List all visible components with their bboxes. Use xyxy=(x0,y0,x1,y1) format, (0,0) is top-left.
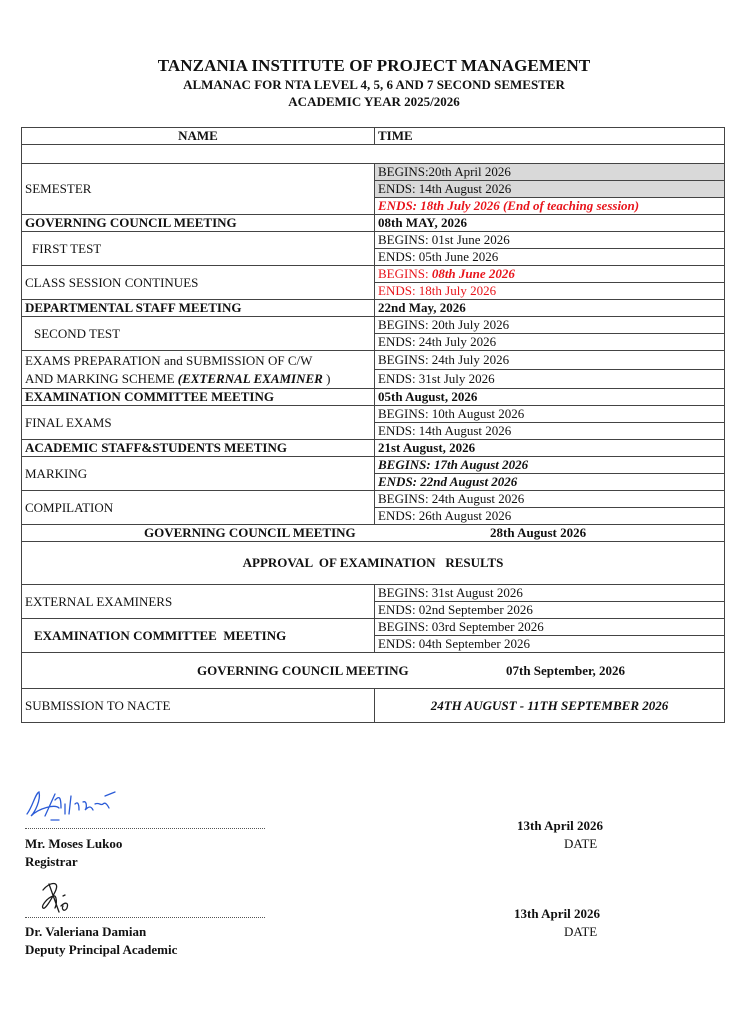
marking-ends: ENDS: 22nd August 2026 xyxy=(375,474,725,491)
external-examiners-begins: BEGINS: 31st August 2026 xyxy=(375,585,725,602)
almanac-subtitle: ALMANAC FOR NTA LEVEL 4, 5, 6 AND 7 SECO… xyxy=(0,77,748,93)
semester-label: SEMESTER xyxy=(22,164,375,215)
class-session-begins: BEGINS: 08th June 2026 xyxy=(375,266,725,283)
examination-committee-meeting-label: EXAMINATION COMMITTEE MEETING xyxy=(22,389,375,406)
table-row: GOVERNING COUNCIL MEETING 08th MAY, 2026 xyxy=(22,215,725,232)
governing-council-meeting-2: GOVERNING COUNCIL MEETING 28th August 20… xyxy=(22,525,725,542)
institution-title: TANZANIA INSTITUTE OF PROJECT MANAGEMENT xyxy=(0,56,748,76)
table-spacer-row xyxy=(22,145,725,164)
first-test-label: FIRST TEST xyxy=(22,232,375,266)
table-row: CLASS SESSION CONTINUES BEGINS: 08th Jun… xyxy=(22,266,725,283)
column-header-name: NAME xyxy=(22,128,375,145)
almanac-table: NAME TIME SEMESTER BEGINS:20th April 202… xyxy=(21,127,725,723)
academic-staff-meeting-date: 21st August, 2026 xyxy=(375,440,725,457)
registrar-title: Registrar xyxy=(25,853,78,871)
deputy-principal-title: Deputy Principal Academic xyxy=(25,941,177,959)
table-row: FIRST TEST BEGINS: 01st June 2026 xyxy=(22,232,725,249)
table-row: SUBMISSION TO NACTE 24TH AUGUST - 11TH S… xyxy=(22,689,725,723)
marking-begins: BEGINS: 17th August 2026 xyxy=(375,457,725,474)
governing-council-meeting-3: GOVERNING COUNCIL MEETING 07th September… xyxy=(22,653,725,689)
final-exams-begins: BEGINS: 10th August 2026 xyxy=(375,406,725,423)
exams-preparation-ends: ENDS: 31st July 2026 xyxy=(375,370,725,389)
governing-council-meeting-3-date: 07th September, 2026 xyxy=(506,663,625,679)
compilation-label: COMPILATION xyxy=(22,491,375,525)
table-row: EXAMINATION COMMITTEE MEETING BEGINS: 03… xyxy=(22,619,725,636)
first-test-begins: BEGINS: 01st June 2026 xyxy=(375,232,725,249)
external-examiners-ends: ENDS: 02nd September 2026 xyxy=(375,602,725,619)
deputy-principal-signature-line xyxy=(25,917,265,918)
exams-preparation-begins: BEGINS: 24th July 2026 xyxy=(375,351,725,370)
table-row: EXTERNAL EXAMINERS BEGINS: 31st August 2… xyxy=(22,585,725,602)
class-session-label: CLASS SESSION CONTINUES xyxy=(22,266,375,300)
registrar-signature-line xyxy=(25,828,265,829)
second-test-label: SECOND TEST xyxy=(22,317,375,351)
teaching-session-end: ENDS: 18th July 2026 (End of teaching se… xyxy=(375,198,725,215)
examination-committee-meeting-date: 05th August, 2026 xyxy=(375,389,725,406)
table-row: COMPILATION BEGINS: 24th August 2026 xyxy=(22,491,725,508)
marking-label: MARKING xyxy=(22,457,375,491)
examination-committee-meeting-2-ends: ENDS: 04th September 2026 xyxy=(375,636,725,653)
table-row: SECOND TEST BEGINS: 20th July 2026 xyxy=(22,317,725,334)
table-row: EXAMS PREPARATION and SUBMISSION OF C/W … xyxy=(22,351,725,370)
registrar-date-label: DATE xyxy=(564,836,597,852)
governing-council-meeting-2-label: GOVERNING COUNCIL MEETING xyxy=(144,525,356,541)
exams-preparation-label: EXAMS PREPARATION and SUBMISSION OF C/W … xyxy=(22,351,375,389)
table-row: APPROVAL OF EXAMINATION RESULTS xyxy=(22,542,725,585)
departmental-staff-meeting-label: DEPARTMENTAL STAFF MEETING xyxy=(22,300,375,317)
academic-staff-meeting-label: ACADEMIC STAFF&STUDENTS MEETING xyxy=(22,440,375,457)
governing-council-meeting-date: 08th MAY, 2026 xyxy=(375,215,725,232)
table-row: FINAL EXAMS BEGINS: 10th August 2026 xyxy=(22,406,725,423)
departmental-staff-meeting-date: 22nd May, 2026 xyxy=(375,300,725,317)
registrar-signature-icon xyxy=(25,786,125,826)
external-examiners-label: EXTERNAL EXAMINERS xyxy=(22,585,375,619)
final-exams-ends: ENDS: 14th August 2026 xyxy=(375,423,725,440)
deputy-principal-name: Dr. Valeriana Damian xyxy=(25,923,146,941)
submission-to-nacte-label: SUBMISSION TO NACTE xyxy=(22,689,375,723)
submission-to-nacte-period: 24TH AUGUST - 11TH SEPTEMBER 2026 xyxy=(375,689,725,723)
approval-of-results-heading: APPROVAL OF EXAMINATION RESULTS xyxy=(22,542,725,585)
compilation-ends: ENDS: 26th August 2026 xyxy=(375,508,725,525)
column-header-time: TIME xyxy=(375,128,725,145)
table-row: GOVERNING COUNCIL MEETING 07th September… xyxy=(22,653,725,689)
table-row: DEPARTMENTAL STAFF MEETING 22nd May, 202… xyxy=(22,300,725,317)
second-test-ends: ENDS: 24th July 2026 xyxy=(375,334,725,351)
deputy-principal-date-label: DATE xyxy=(564,924,597,940)
table-row: GOVERNING COUNCIL MEETING 28th August 20… xyxy=(22,525,725,542)
examination-committee-meeting-2-begins: BEGINS: 03rd September 2026 xyxy=(375,619,725,636)
second-test-begins: BEGINS: 20th July 2026 xyxy=(375,317,725,334)
governing-council-meeting-2-date: 28th August 2026 xyxy=(490,525,586,541)
final-exams-label: FINAL EXAMS xyxy=(22,406,375,440)
registrar-name: Mr. Moses Lukoo xyxy=(25,835,122,853)
governing-council-meeting-label: GOVERNING COUNCIL MEETING xyxy=(22,215,375,232)
examination-committee-meeting-2-label: EXAMINATION COMMITTEE MEETING xyxy=(22,619,375,653)
table-header-row: NAME TIME xyxy=(22,128,725,145)
academic-year: ACADEMIC YEAR 2025/2026 xyxy=(0,94,748,110)
deputy-principal-signature-icon xyxy=(35,878,95,918)
governing-council-meeting-3-label: GOVERNING COUNCIL MEETING xyxy=(197,663,409,679)
registrar-date: 13th April 2026 xyxy=(517,818,603,834)
semester-begins: BEGINS:20th April 2026 xyxy=(375,164,725,181)
semester-ends: ENDS: 14th August 2026 xyxy=(375,181,725,198)
class-session-ends: ENDS: 18th July 2026 xyxy=(375,283,725,300)
table-row: SEMESTER BEGINS:20th April 2026 xyxy=(22,164,725,181)
first-test-ends: ENDS: 05th June 2026 xyxy=(375,249,725,266)
deputy-principal-date: 13th April 2026 xyxy=(514,906,600,922)
table-row: MARKING BEGINS: 17th August 2026 xyxy=(22,457,725,474)
compilation-begins: BEGINS: 24th August 2026 xyxy=(375,491,725,508)
table-row: EXAMINATION COMMITTEE MEETING 05th Augus… xyxy=(22,389,725,406)
table-row: ACADEMIC STAFF&STUDENTS MEETING 21st Aug… xyxy=(22,440,725,457)
